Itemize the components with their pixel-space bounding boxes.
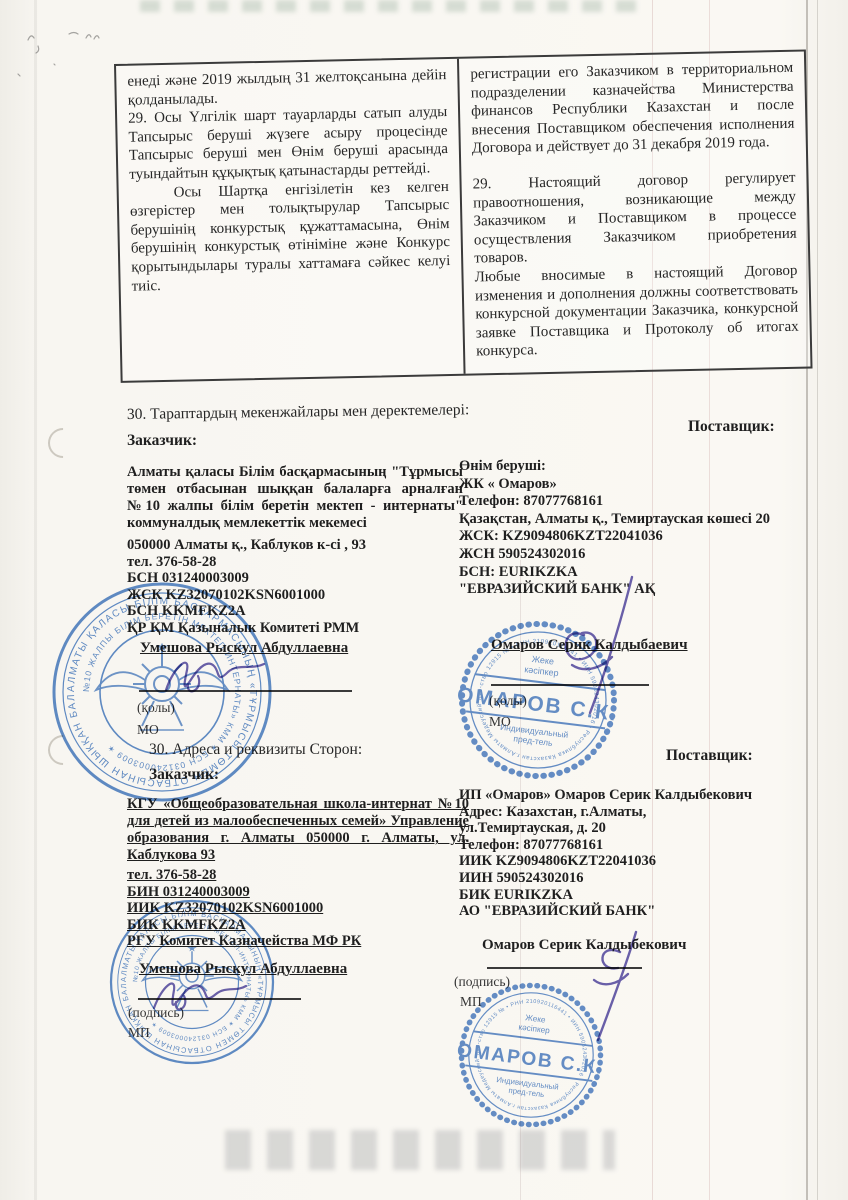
requisite-line: ул.Темиртауская, д. 20 [459,820,752,837]
punch-hole [42,422,84,464]
signature-stroke [158,646,288,706]
contract-paragraph: Осы Шартқа енгізілетін кез келген өзгері… [130,178,451,296]
requisite-line: 050000 Алматы қ., Каблуков к-сі , 93 [127,537,366,554]
requisite-line: Телефон: 87077768161 [459,493,770,511]
bleed-through-top [140,0,640,12]
requisite-line: ЖК « Омаров» [459,476,770,494]
requisite-line: ЖСК: KZ9094806KZT22041036 [459,528,770,546]
customer-org-kz: Алматы қаласы Білім басқармасының "Тұрмы… [127,464,463,532]
signature-stroke [528,573,658,723]
customer-org-ru: КГУ «Общеобразовательная школа-интернат … [127,796,469,864]
contract-cell-russian: регистрации его Заказчиком в территориал… [459,52,810,374]
scan-line [817,0,818,1200]
stamp-text: кәсіпкер [518,1023,551,1036]
signature-stroke [148,970,258,1020]
contract-paragraph: регистрации его Заказчиком в территориал… [470,59,795,159]
requisite-line: Қазақстан, Алматы қ., Темиртауская көшес… [459,511,770,529]
scan-line [34,0,37,1200]
contract-paragraph: 29. Осы Үлгілік шарт тауарларды сатып ал… [128,103,449,184]
scanned-page: енеді және 2019 жылдың 31 желтоқсанына д… [0,0,848,1200]
supplier-requisites-ru: ИП «Омаров» Омаров Серик Калдыбекович Ад… [459,787,752,920]
requisite-line: ИИК KZ9094806KZT22041036 [459,853,752,870]
contract-cell-kazakh: енеді және 2019 жылдың 31 желтоқсанына д… [116,59,466,381]
requisite-line: АО "ЕВРАЗИЙСКИЙ БАНК" [459,903,752,920]
requisite-line: ЖСН 590524302016 [459,546,770,564]
requisite-line: Өнім беруші: [459,458,770,476]
requisite-line: БИК EURIKZKA [459,887,752,904]
contract-paragraph: 29. Настоящий договор регулирует правоот… [473,169,798,269]
customer-label: Заказчик: [127,432,197,450]
supplier-label: Поставщик: [666,747,753,765]
requisite-line: тел. 376-58-28 [127,867,361,884]
section-heading-kz: 30. Тараптардың мекенжайлары мен деректе… [127,401,469,424]
requisite-line: Телефон: 87077768161 [459,837,752,854]
bleed-through-bottom [225,1130,615,1170]
requisite-line: Адрес: Казахстан, г.Алматы, [459,804,752,821]
supplier-label: Поставщик: [688,418,775,436]
requisite-line: ИП «Омаров» Омаров Серик Калдыбекович [459,787,752,804]
requisite-line: ИИН 590524302016 [459,870,752,887]
contract-paragraph: Любые вносимые в настоящий Договор измен… [474,262,799,362]
contract-table: енеді және 2019 жылдың 31 желтоқсанына д… [114,50,813,383]
signature-stroke [560,928,655,1048]
requisite-line: тел. 376-58-28 [127,554,366,571]
